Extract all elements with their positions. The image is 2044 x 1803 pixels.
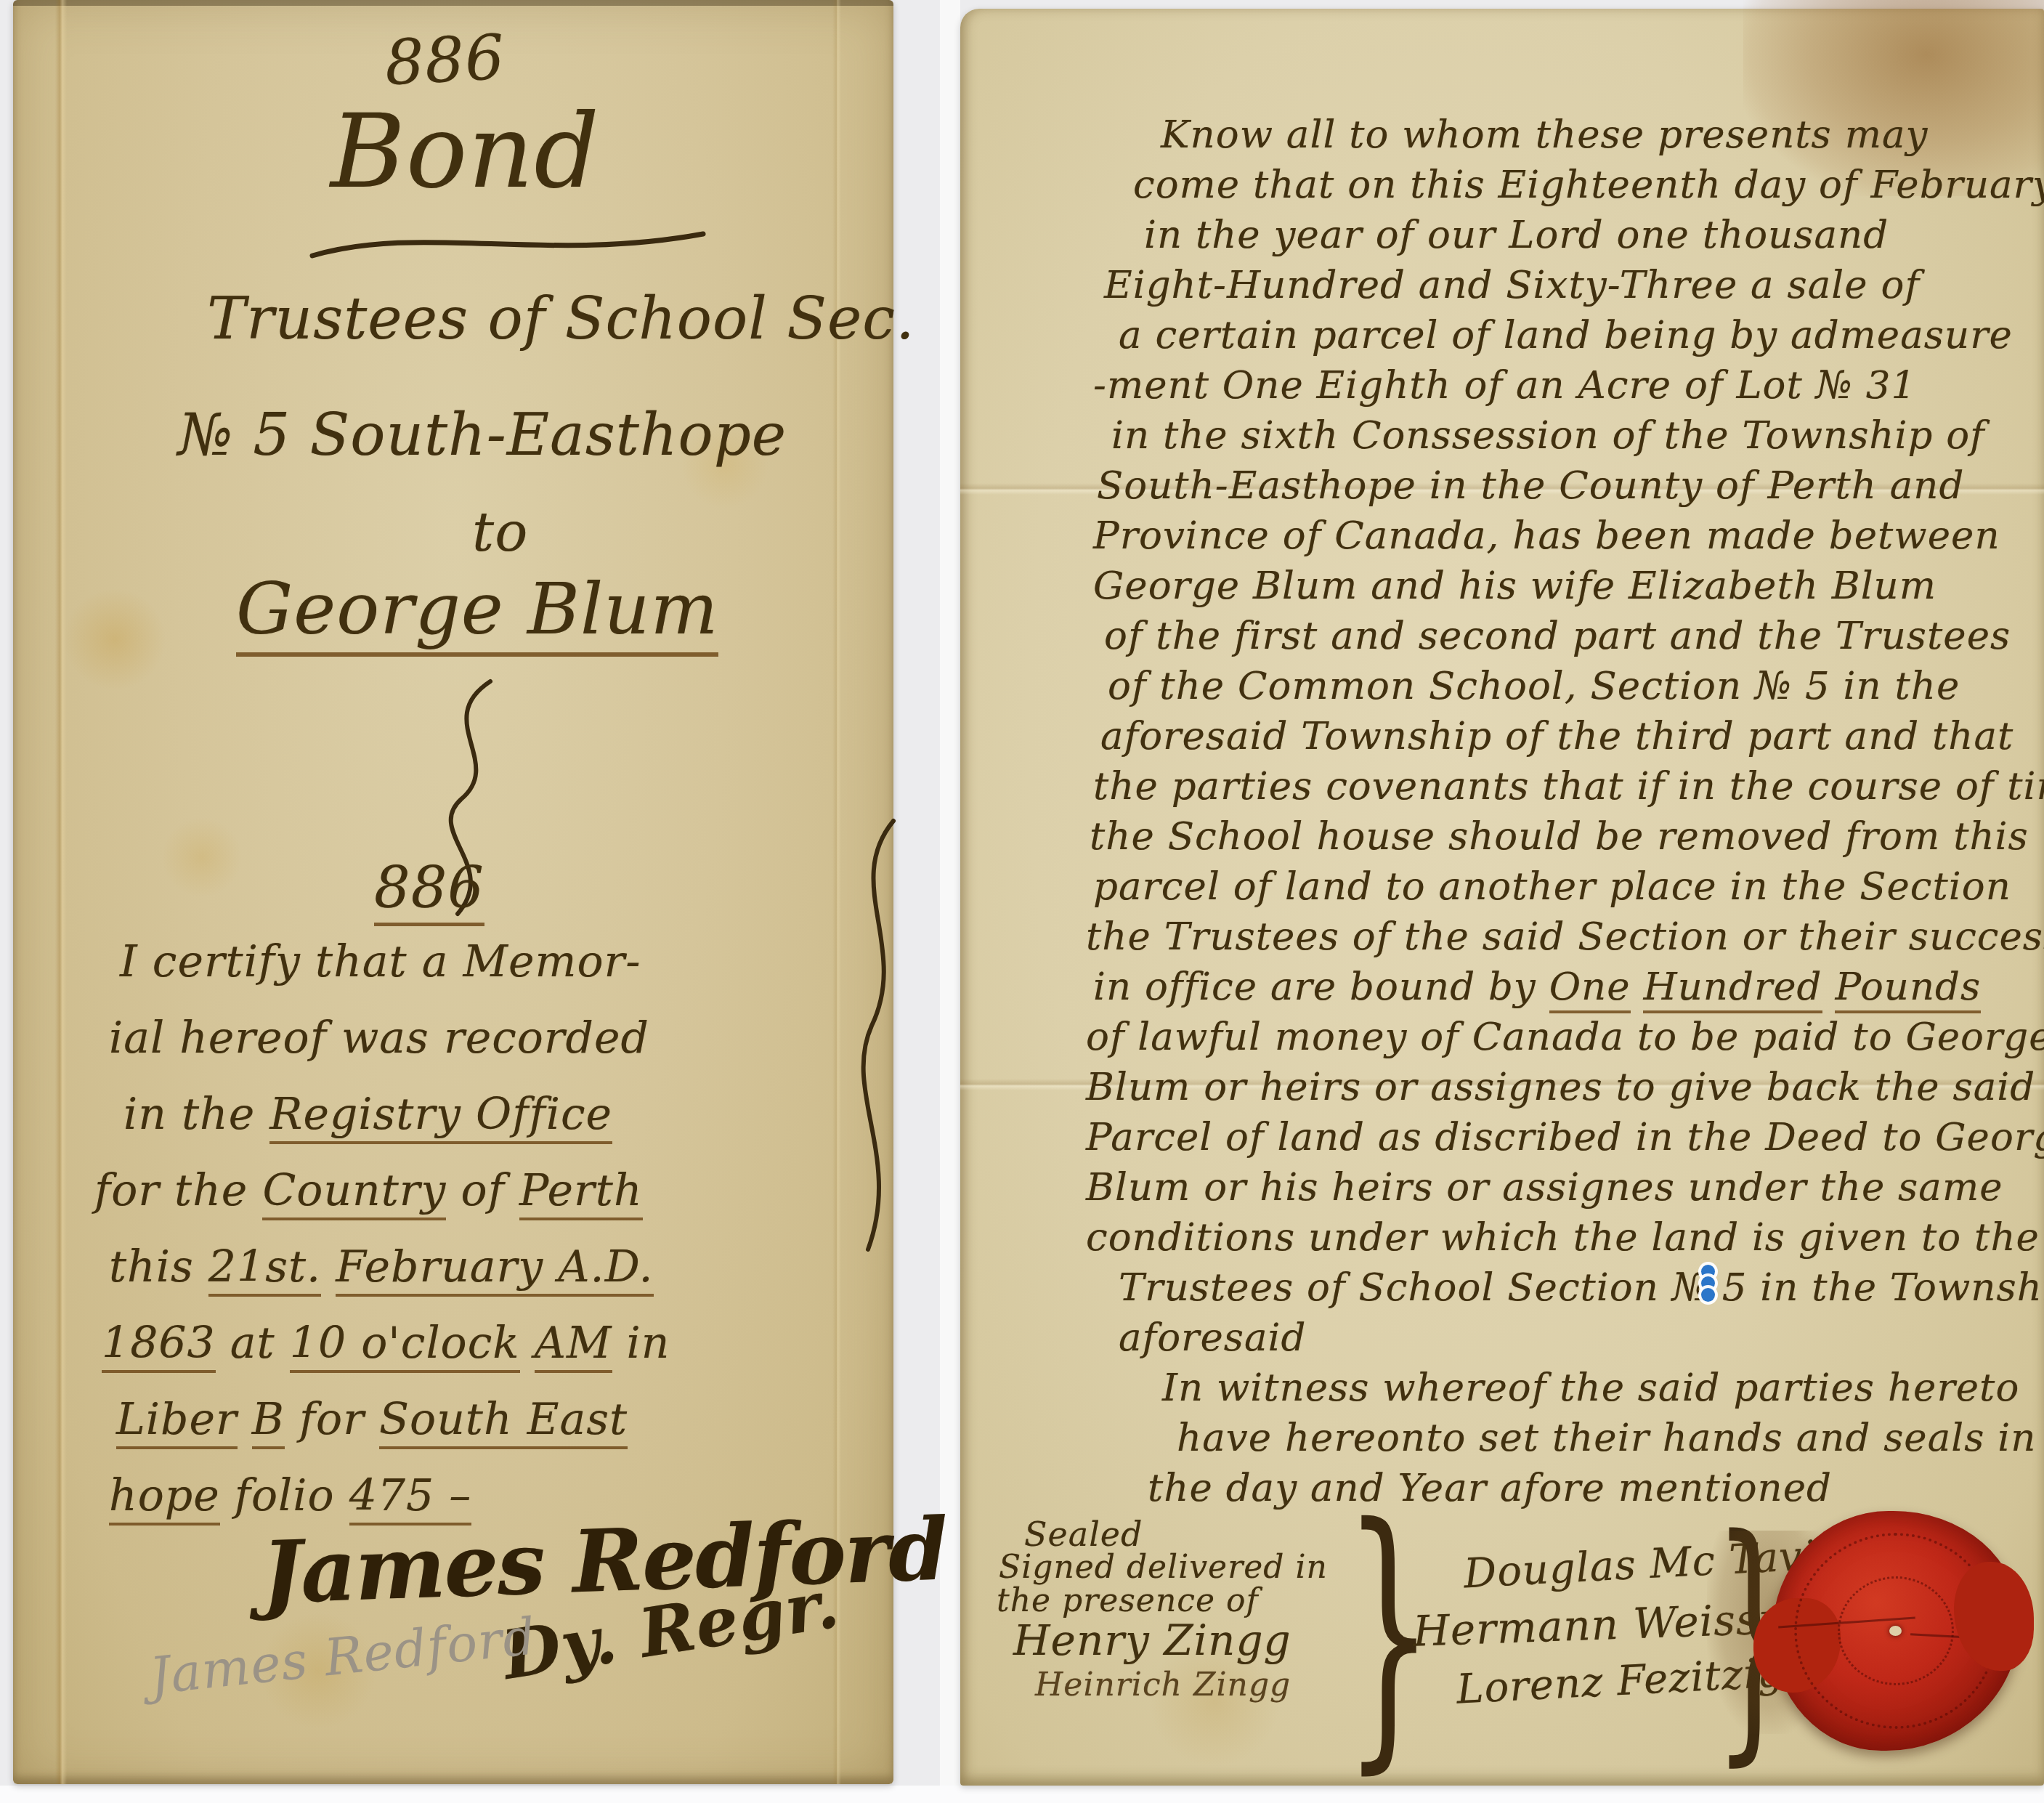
deed-line: Blum or heirs or assignes to give back t…	[1086, 1065, 2035, 1109]
certificate-line: this 21st. February A.D.	[109, 1241, 654, 1292]
scan-background	[0, 1786, 2044, 1803]
deed-line: come that on this Eighteenth day of Febr…	[1133, 163, 2044, 207]
witness-line: Sealed	[1024, 1515, 1143, 1554]
bracket-flourish	[828, 814, 915, 1260]
deed-line: parcel of land to another place in the S…	[1093, 864, 2011, 909]
doc-title: Bond	[330, 93, 600, 211]
party-line: Trustees of School Sec.	[207, 285, 915, 352]
deed-line: in office are bound by One Hundred Pound…	[1093, 965, 1981, 1009]
deed-line: of the Common School, Section № 5 in the	[1108, 664, 1960, 708]
fold-crease	[55, 0, 67, 1784]
certificate-line: hope folio 475 –	[109, 1470, 471, 1521]
page-edge	[13, 0, 893, 6]
pencil-note: James Redford	[147, 1606, 539, 1706]
seal-center-hole	[1889, 1626, 1902, 1636]
deed-line: aforesaid Township of the third part and…	[1100, 714, 2013, 758]
doc-number: 886	[384, 22, 507, 100]
deed-line: of lawful money of Canada to be paid to …	[1086, 1015, 2044, 1059]
deed-line: the parties covenants that if in the cou…	[1093, 764, 2044, 809]
left-page-cover: 886 Bond Trustees of School Sec. № 5 Sou…	[13, 0, 893, 1784]
deed-line: in the sixth Conssession of the Township…	[1111, 413, 1985, 458]
deed-line: Know all to whom these presents may	[1161, 113, 1928, 157]
certificate-line: I certify that a Memor-	[120, 936, 641, 987]
deed-line: -ment One Eighth of an Acre of Lot № 31	[1093, 363, 1916, 408]
witness-line: Signed delivered in	[999, 1549, 1328, 1586]
deed-line: Province of Canada, has been made betwee…	[1093, 514, 2000, 558]
certificate-line: 1863 at 10 o'clock AM in	[102, 1318, 670, 1369]
red-wax-seal	[1772, 1511, 2019, 1751]
witness-line: the presence of	[997, 1582, 1259, 1619]
party-line: to	[472, 500, 528, 564]
grantee-name: George Blum	[236, 568, 718, 657]
memorial-number: 886	[374, 856, 484, 926]
right-page-deed: Know all to whom these presents may come…	[960, 9, 2044, 1786]
deed-line: of the first and second part and the Tru…	[1104, 614, 2011, 658]
title-underline-flourish	[305, 218, 712, 269]
deed-line: conditions under which the land is given…	[1086, 1215, 2040, 1260]
deed-line: South-Easthope in the County of Perth an…	[1097, 463, 1964, 508]
certificate-line: for the Country of Perth	[94, 1165, 643, 1216]
deed-line: the School house should be removed from …	[1090, 814, 2029, 859]
deed-line: Parcel of land as discribed in the Deed …	[1086, 1115, 2044, 1159]
party-line: № 5 South-Easthope	[178, 401, 787, 469]
certificate-line: ial hereof was recorded	[109, 1013, 649, 1063]
scanned-document-image: 886 Bond Trustees of School Sec. № 5 Sou…	[0, 0, 2044, 1803]
deed-line: the Trustees of the said Section or thei…	[1086, 915, 2044, 959]
deed-line: In witness whereof the said parties here…	[1162, 1366, 2019, 1410]
blue-dots-marker[interactable]	[1701, 1267, 1716, 1302]
witness-signature: Henry Zingg	[1013, 1616, 1291, 1665]
deed-line: Eight-Hundred and Sixty-Three a sale of	[1104, 263, 1920, 307]
blue-dot	[1701, 1288, 1715, 1302]
certificate-line: in the Registry Office	[123, 1089, 612, 1140]
deed-line: George Blum and his wife Elizabeth Blum	[1093, 564, 1936, 608]
deed-line: Trustees of School Section № 5 in the To…	[1119, 1265, 2044, 1310]
deed-line: aforesaid	[1119, 1316, 1307, 1360]
deed-line: have hereonto set their hands and seals …	[1177, 1416, 2036, 1460]
deed-line: a certain parcel of land being by admeas…	[1119, 313, 2013, 357]
deed-line: in the year of our Lord one thousand	[1144, 213, 1889, 257]
certificate-line: Liber B for South East	[116, 1394, 628, 1445]
witness-signature-alt: Heinrich Zingg	[1035, 1666, 1291, 1703]
deed-line: Blum or his heirs or assignes under the …	[1086, 1165, 2003, 1210]
